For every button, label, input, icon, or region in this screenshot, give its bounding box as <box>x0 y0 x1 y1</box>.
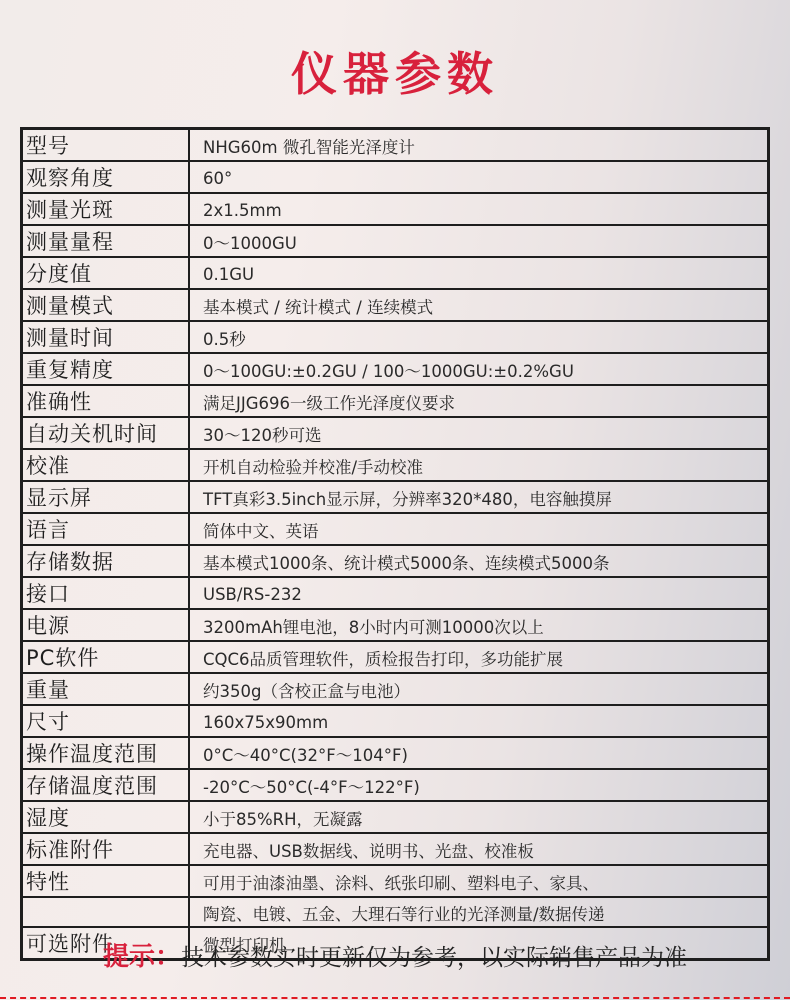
table-row: 重量约350g（含校正盒与电池） <box>22 673 769 705</box>
spec-label: 测量光斑 <box>22 193 190 225</box>
table-row: 测量光斑2x1.5mm <box>22 193 769 225</box>
spec-table: 型号NHG60m 微孔智能光泽度计 观察角度60° 测量光斑2x1.5mm 测量… <box>20 127 770 961</box>
table-row: 存储数据基本模式1000条、统计模式5000条、连续模式5000条 <box>22 545 769 577</box>
spec-value: 约350g（含校正盒与电池） <box>189 673 769 705</box>
table-row: 湿度小于85%RH，无凝露 <box>22 801 769 833</box>
table-row: 接口USB/RS-232 <box>22 577 769 609</box>
table-row: 存储温度范围-20°C～50°C(-4°F～122°F) <box>22 769 769 801</box>
spec-value: NHG60m 微孔智能光泽度计 <box>189 129 769 162</box>
spec-label: 重量 <box>22 673 190 705</box>
table-row: 陶瓷、电镀、五金、大理石等行业的光泽测量/数据传递 <box>22 897 769 927</box>
table-row: 自动关机时间30～120秒可选 <box>22 417 769 449</box>
spec-value: 0～1000GU <box>189 225 769 257</box>
spec-label: 特性 <box>22 865 190 897</box>
spec-value: 160x75x90mm <box>189 705 769 737</box>
disclaimer-note: 提示：技术参数实时更新仅为参考，以实际销售产品为准 <box>0 937 790 978</box>
spec-label: 存储数据 <box>22 545 190 577</box>
spec-value: -20°C～50°C(-4°F～122°F) <box>189 769 769 801</box>
spec-value: 0～100GU:±0.2GU / 100～1000GU:±0.2%GU <box>189 353 769 385</box>
spec-label: 测量时间 <box>22 321 190 353</box>
spec-value: USB/RS-232 <box>189 577 769 609</box>
note-label: 提示： <box>103 942 181 972</box>
note-text: 技术参数实时更新仅为参考，以实际销售产品为准 <box>181 945 687 971</box>
table-row: 观察角度60° <box>22 161 769 193</box>
spec-value: TFT真彩3.5inch显示屏，分辨率320*480，电容触摸屏 <box>189 481 769 513</box>
table-row: 测量时间0.5秒 <box>22 321 769 353</box>
spec-value: 2x1.5mm <box>189 193 769 225</box>
spec-value: 30～120秒可选 <box>189 417 769 449</box>
spec-label: PC软件 <box>22 641 190 673</box>
spec-value: 0.5秒 <box>189 321 769 353</box>
spec-label: 校准 <box>22 449 190 481</box>
table-row: 操作温度范围0°C～40°C(32°F～104°F) <box>22 737 769 769</box>
spec-label: 测量量程 <box>22 225 190 257</box>
table-row: 校准开机自动检验并校准/手动校准 <box>22 449 769 481</box>
table-row: 型号NHG60m 微孔智能光泽度计 <box>22 129 769 162</box>
spec-value: 基本模式 / 统计模式 / 连续模式 <box>189 289 769 321</box>
table-row: 特性可用于油漆油墨、涂料、纸张印刷、塑料电子、家具、 <box>22 865 769 897</box>
table-row: 电源3200mAh锂电池，8小时内可测10000次以上 <box>22 609 769 641</box>
spec-label: 测量模式 <box>22 289 190 321</box>
spec-label: 存储温度范围 <box>22 769 190 801</box>
spec-label: 重复精度 <box>22 353 190 385</box>
dashed-divider <box>0 997 790 999</box>
table-row: 测量模式基本模式 / 统计模式 / 连续模式 <box>22 289 769 321</box>
spec-value: 开机自动检验并校准/手动校准 <box>189 449 769 481</box>
spec-label: 操作温度范围 <box>22 737 190 769</box>
spec-label: 自动关机时间 <box>22 417 190 449</box>
spec-label: 电源 <box>22 609 190 641</box>
table-row: 标准附件充电器、USB数据线、说明书、光盘、校准板 <box>22 833 769 865</box>
spec-value: 满足JJG696一级工作光泽度仪要求 <box>189 385 769 417</box>
table-row: 测量量程0～1000GU <box>22 225 769 257</box>
table-row: 显示屏TFT真彩3.5inch显示屏，分辨率320*480，电容触摸屏 <box>22 481 769 513</box>
spec-label: 接口 <box>22 577 190 609</box>
spec-value: 0.1GU <box>189 257 769 289</box>
spec-value: CQC6品质管理软件，质检报告打印，多功能扩展 <box>189 641 769 673</box>
spec-value: 小于85%RH，无凝露 <box>189 801 769 833</box>
table-row: 语言简体中文、英语 <box>22 513 769 545</box>
spec-value: 可用于油漆油墨、涂料、纸张印刷、塑料电子、家具、 <box>189 865 769 897</box>
spec-label <box>22 897 190 927</box>
table-row: 重复精度0～100GU:±0.2GU / 100～1000GU:±0.2%GU <box>22 353 769 385</box>
spec-value: 充电器、USB数据线、说明书、光盘、校准板 <box>189 833 769 865</box>
spec-value: 60° <box>189 161 769 193</box>
table-row: 准确性满足JJG696一级工作光泽度仪要求 <box>22 385 769 417</box>
table-row: 分度值0.1GU <box>22 257 769 289</box>
spec-label: 显示屏 <box>22 481 190 513</box>
spec-label: 尺寸 <box>22 705 190 737</box>
table-row: 尺寸160x75x90mm <box>22 705 769 737</box>
spec-label: 型号 <box>22 129 190 162</box>
spec-value: 陶瓷、电镀、五金、大理石等行业的光泽测量/数据传递 <box>189 897 769 927</box>
page-title: 仪器参数 <box>0 42 790 106</box>
table-row: PC软件CQC6品质管理软件，质检报告打印，多功能扩展 <box>22 641 769 673</box>
spec-label: 湿度 <box>22 801 190 833</box>
spec-label: 分度值 <box>22 257 190 289</box>
spec-label: 标准附件 <box>22 833 190 865</box>
spec-label: 准确性 <box>22 385 190 417</box>
spec-label: 语言 <box>22 513 190 545</box>
spec-label: 观察角度 <box>22 161 190 193</box>
spec-value: 简体中文、英语 <box>189 513 769 545</box>
spec-value: 3200mAh锂电池，8小时内可测10000次以上 <box>189 609 769 641</box>
spec-value: 基本模式1000条、统计模式5000条、连续模式5000条 <box>189 545 769 577</box>
spec-value: 0°C～40°C(32°F～104°F) <box>189 737 769 769</box>
